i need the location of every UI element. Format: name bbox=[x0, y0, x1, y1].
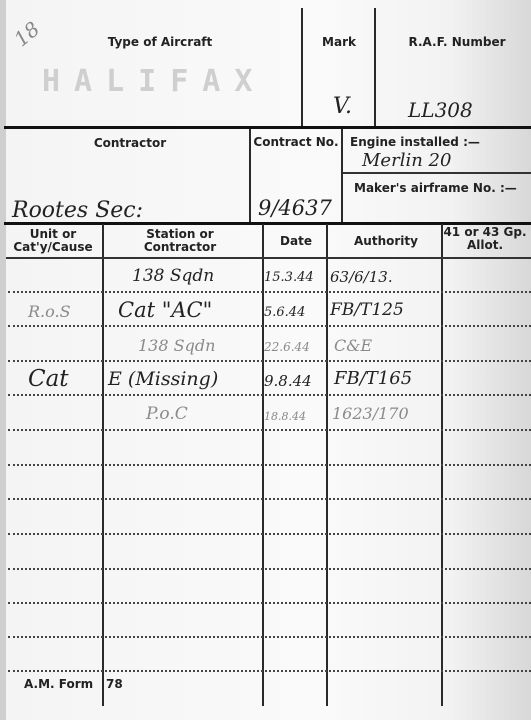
cell-date: 22.6.44 bbox=[264, 340, 310, 354]
header-authority: Authority bbox=[334, 235, 438, 248]
cell-authority: C&E bbox=[334, 336, 372, 355]
cell-date: 18.8.44 bbox=[264, 410, 306, 423]
card-edge bbox=[0, 0, 6, 720]
type-of-aircraft-label: Type of Aircraft bbox=[90, 36, 230, 49]
row-rule bbox=[8, 602, 531, 604]
header-date: Date bbox=[266, 235, 326, 248]
type-of-aircraft-value: HALIFAX bbox=[42, 64, 266, 99]
cell-authority: FB/T165 bbox=[334, 368, 412, 389]
row-rule bbox=[8, 636, 531, 638]
cell-authority: FB/T125 bbox=[330, 300, 404, 320]
cell-date: 15.3.44 bbox=[264, 270, 314, 285]
header-rule bbox=[6, 257, 531, 259]
footer-number: 78 bbox=[106, 678, 123, 691]
divider bbox=[301, 8, 303, 126]
cell-station: 138 Sqdn bbox=[132, 266, 214, 286]
header-station: Station or Contractor bbox=[120, 228, 240, 254]
header-unit: Unit or Cat'y/Cause bbox=[6, 228, 100, 254]
cell-authority: 1623/170 bbox=[332, 404, 409, 423]
makers-airframe-label: Maker's airframe No. :— bbox=[354, 182, 517, 195]
contract-no-label: Contract No. bbox=[250, 136, 342, 149]
cell-authority: 63/6/13. bbox=[330, 268, 393, 286]
divider bbox=[374, 8, 376, 126]
row-rule bbox=[8, 464, 531, 466]
cell-station: 138 Sqdn bbox=[138, 336, 215, 355]
cell-unit: R.o.S bbox=[28, 302, 71, 321]
corner-mark: 18 bbox=[9, 17, 44, 52]
cell-unit: Cat bbox=[28, 366, 69, 392]
engine-installed-value: Merlin 20 bbox=[362, 150, 451, 171]
cell-date: 9.8.44 bbox=[264, 372, 312, 390]
raf-number-label: R.A.F. Number bbox=[392, 36, 522, 49]
header-gp-allot: 41 or 43 Gp. Allot. bbox=[442, 226, 528, 252]
mark-value: V. bbox=[333, 94, 352, 119]
row-rule bbox=[8, 325, 531, 327]
row-rule bbox=[8, 360, 531, 362]
row-rule bbox=[8, 429, 531, 431]
cell-station: P.o.C bbox=[146, 404, 188, 424]
row-rule bbox=[8, 498, 531, 500]
mark-label: Mark bbox=[308, 36, 370, 49]
row-rule bbox=[8, 670, 531, 672]
cell-date: 5.6.44 bbox=[264, 305, 305, 320]
section-rule bbox=[4, 126, 531, 129]
row-rule bbox=[8, 533, 531, 535]
row-rule bbox=[8, 394, 531, 396]
cell-station: Cat "AC" bbox=[118, 298, 212, 322]
engine-rule bbox=[343, 172, 531, 174]
contractor-label: Contractor bbox=[40, 137, 220, 150]
engine-installed-label: Engine installed :— bbox=[350, 136, 480, 149]
footer-label: A.M. Form bbox=[24, 678, 93, 691]
row-rule bbox=[8, 568, 531, 570]
raf-number-value: LL308 bbox=[408, 98, 473, 122]
row-rule bbox=[8, 291, 531, 293]
contract-no-value: 9/4637 bbox=[258, 196, 332, 220]
contractor-value: Rootes Sec: bbox=[12, 198, 143, 223]
cell-station: E (Missing) bbox=[108, 368, 218, 390]
